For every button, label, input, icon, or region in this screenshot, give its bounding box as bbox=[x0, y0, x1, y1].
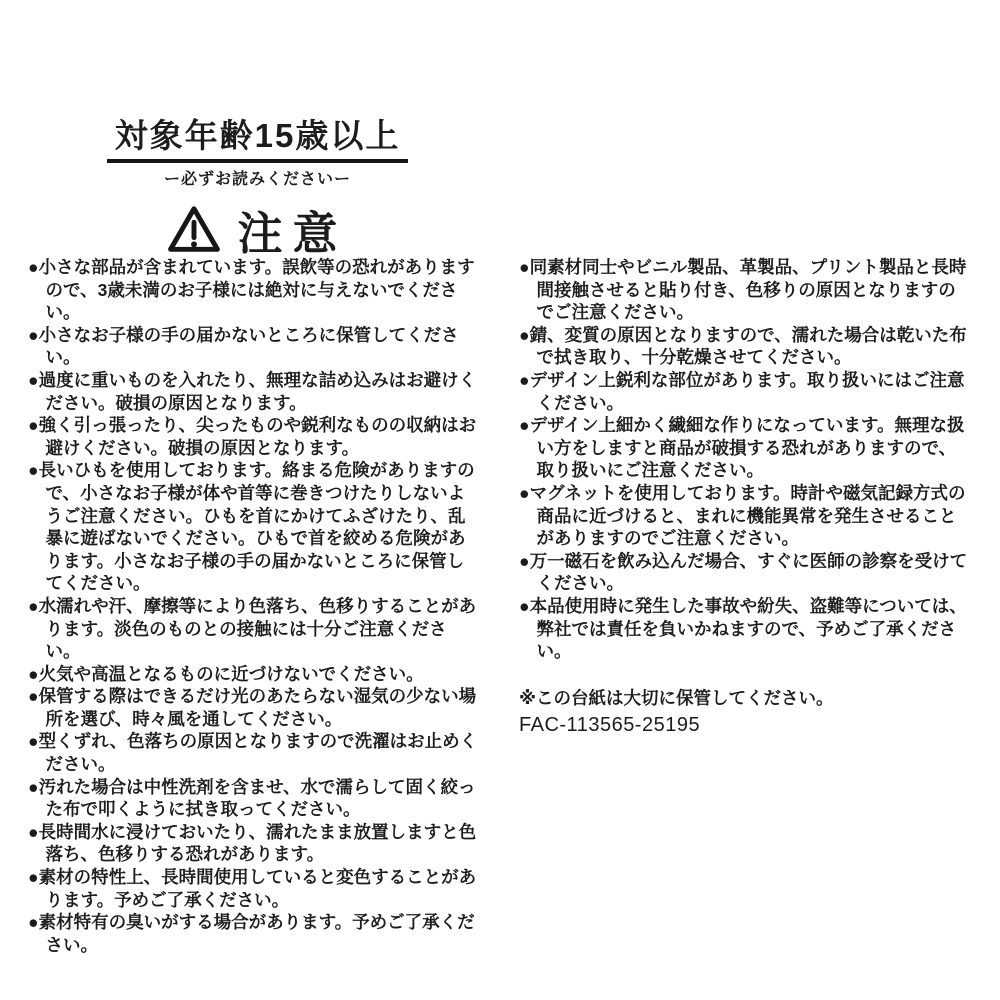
notice-text: 強く引っ張ったり、尖ったものや鋭利なものの収納はお避けください。破損の原因となり… bbox=[39, 415, 477, 458]
notice-columns: ●小さな部品が含まれています。誤飲等の恐れがありますので、3歳未満のお子様には絶… bbox=[28, 256, 972, 956]
notice-text: 過度に重いものを入れたり、無理な詰め込みはお避けください。破損の原因となります。 bbox=[39, 370, 477, 413]
bullet-icon: ● bbox=[519, 325, 530, 345]
notice-item: ●長時間水に浸けておいたり、濡れたまま放置しますと色落ち、色移りする恐れがありま… bbox=[28, 821, 481, 866]
header: 対象年齢15歳以上 ー必ずお読みくださいー 注意 bbox=[30, 110, 485, 262]
notice-item: ●型くずれ、色落ちの原因となりますので洗濯はお止めください。 bbox=[28, 730, 481, 775]
bullet-icon: ● bbox=[28, 325, 39, 345]
notice-item: ●強く引っ張ったり、尖ったものや鋭利なものの収納はお避けください。破損の原因とな… bbox=[28, 414, 481, 459]
notice-text: 型くずれ、色落ちの原因となりますので洗濯はお止めください。 bbox=[39, 731, 478, 774]
notice-item: ●長いひもを使用しております。絡まる危険がありますので、小さなお子様が体や首等に… bbox=[28, 459, 481, 595]
notice-text: 保管する際はできるだけ光のあたらない湿気の少ない場所を選び、時々風を通してくださ… bbox=[39, 686, 477, 729]
notice-text: 万一磁石を飲み込んだ場合、すぐに医師の診察を受けてください。 bbox=[530, 551, 968, 594]
notice-item: ●素材特有の臭いがする場合があります。予めご了承ください。 bbox=[28, 911, 481, 956]
bullet-icon: ● bbox=[28, 664, 39, 684]
notice-item: ●小さなお子様の手の届かないところに保管してください。 bbox=[28, 324, 481, 369]
right-column: ●同素材同士やビニル製品、革製品、プリント製品と長時間接触させると貼り付き、色移… bbox=[519, 256, 972, 956]
bullet-icon: ● bbox=[28, 370, 39, 390]
notice-item: ●保管する際はできるだけ光のあたらない湿気の少ない場所を選び、時々風を通してくだ… bbox=[28, 685, 481, 730]
left-column: ●小さな部品が含まれています。誤飲等の恐れがありますので、3歳未満のお子様には絶… bbox=[28, 256, 481, 956]
notice-item: ●汚れた場合は中性洗剤を含ませ、水で濡らして固く絞った布で叩くように拭き取ってく… bbox=[28, 776, 481, 821]
bullet-icon: ● bbox=[28, 822, 39, 842]
bullet-icon: ● bbox=[519, 551, 530, 571]
notice-text: 火気や高温となるものに近づけないでください。 bbox=[39, 664, 424, 684]
caution-heading: 注意 bbox=[30, 197, 485, 262]
caution-title: 注意 bbox=[237, 197, 347, 262]
bullet-icon: ● bbox=[28, 686, 39, 706]
product-code: FAC-113565-25195 bbox=[519, 714, 972, 737]
notice-text: 小さな部品が含まれています。誤飲等の恐れがありますので、3歳未満のお子様には絶対… bbox=[39, 257, 475, 322]
bullet-icon: ● bbox=[519, 596, 530, 616]
warning-triangle-exclamation-icon bbox=[167, 205, 221, 254]
notice-item: ●本品使用時に発生した事故や紛失、盗難等については、弊社では責任を負いかねますの… bbox=[519, 595, 972, 663]
bullet-icon: ● bbox=[519, 257, 530, 277]
notice-text: 素材特有の臭いがする場合があります。予めご了承ください。 bbox=[39, 912, 475, 955]
bullet-icon: ● bbox=[28, 867, 39, 887]
notice-item: ●デザイン上細かく繊細な作りになっています。無理な扱い方をしますと商品が破損する… bbox=[519, 414, 972, 482]
notice-item: ●万一磁石を飲み込んだ場合、すぐに医師の診察を受けてください。 bbox=[519, 550, 972, 595]
notice-text: 錆、変質の原因となりますので、濡れた場合は乾いた布で拭き取り、十分乾燥させてくだ… bbox=[530, 325, 967, 368]
bullet-icon: ● bbox=[519, 483, 530, 503]
notice-item: ●デザイン上鋭利な部位があります。取り扱いにはご注意ください。 bbox=[519, 369, 972, 414]
notice-item: ●火気や高温となるものに近づけないでください。 bbox=[28, 663, 481, 686]
age-notice-title: 対象年齢15歳以上 bbox=[107, 110, 409, 163]
caution-sheet: 対象年齢15歳以上 ー必ずお読みくださいー 注意 ●小さな部品が含まれています。… bbox=[0, 0, 1000, 1000]
bullet-icon: ● bbox=[519, 415, 530, 435]
notice-item: ●小さな部品が含まれています。誤飲等の恐れがありますので、3歳未満のお子様には絶… bbox=[28, 256, 481, 324]
notice-text: マグネットを使用しております。時計や磁気記録方式の商品に近づけると、まれに機能異… bbox=[530, 483, 966, 548]
notice-text: 長いひもを使用しております。絡まる危険がありますので、小さなお子様が体や首等に巻… bbox=[39, 460, 475, 593]
bullet-icon: ● bbox=[28, 596, 39, 616]
notice-item: ●マグネットを使用しております。時計や磁気記録方式の商品に近づけると、まれに機能… bbox=[519, 482, 972, 550]
bullet-icon: ● bbox=[28, 912, 39, 932]
notice-text: 小さなお子様の手の届かないところに保管してください。 bbox=[39, 325, 459, 368]
notice-item: ●過度に重いものを入れたり、無理な詰め込みはお避けください。破損の原因となります… bbox=[28, 369, 481, 414]
bullet-icon: ● bbox=[28, 731, 39, 751]
keep-notice: ※この台紙は大切に保管してください。 bbox=[519, 687, 972, 710]
notice-text: 水濡れや汗、摩擦等により色落ち、色移りすることがあります。淡色のものとの接触には… bbox=[39, 596, 477, 661]
notice-text: デザイン上鋭利な部位があります。取り扱いにはご注意ください。 bbox=[530, 370, 965, 413]
bullet-icon: ● bbox=[28, 777, 39, 797]
left-column-list: ●小さな部品が含まれています。誤飲等の恐れがありますので、3歳未満のお子様には絶… bbox=[28, 256, 481, 956]
right-column-list: ●同素材同士やビニル製品、革製品、プリント製品と長時間接触させると貼り付き、色移… bbox=[519, 256, 972, 663]
notice-item: ●素材の特性上、長時間使用していると変色することがあります。予めご了承ください。 bbox=[28, 866, 481, 911]
read-notice: ー必ずお読みくださいー bbox=[30, 166, 485, 189]
notice-item: ●水濡れや汗、摩擦等により色落ち、色移りすることがあります。淡色のものとの接触に… bbox=[28, 595, 481, 663]
bullet-icon: ● bbox=[28, 415, 39, 435]
notice-text: 素材の特性上、長時間使用していると変色することがあります。予めご了承ください。 bbox=[39, 867, 477, 910]
bullet-icon: ● bbox=[28, 460, 39, 480]
notice-text: 同素材同士やビニル製品、革製品、プリント製品と長時間接触させると貼り付き、色移り… bbox=[530, 257, 967, 322]
bullet-icon: ● bbox=[519, 370, 530, 390]
notice-item: ●錆、変質の原因となりますので、濡れた場合は乾いた布で拭き取り、十分乾燥させてく… bbox=[519, 324, 972, 369]
notice-text: 長時間水に浸けておいたり、濡れたまま放置しますと色落ち、色移りする恐れがあります… bbox=[39, 822, 477, 865]
notice-text: 本品使用時に発生した事故や紛失、盗難等については、弊社では責任を負いかねますので… bbox=[530, 596, 967, 661]
notice-item: ●同素材同士やビニル製品、革製品、プリント製品と長時間接触させると貼り付き、色移… bbox=[519, 256, 972, 324]
bullet-icon: ● bbox=[28, 257, 39, 277]
notice-text: 汚れた場合は中性洗剤を含ませ、水で濡らして固く絞った布で叩くように拭き取ってくだ… bbox=[39, 777, 476, 820]
notice-text: デザイン上細かく繊細な作りになっています。無理な扱い方をしますと商品が破損する恐… bbox=[530, 415, 965, 480]
